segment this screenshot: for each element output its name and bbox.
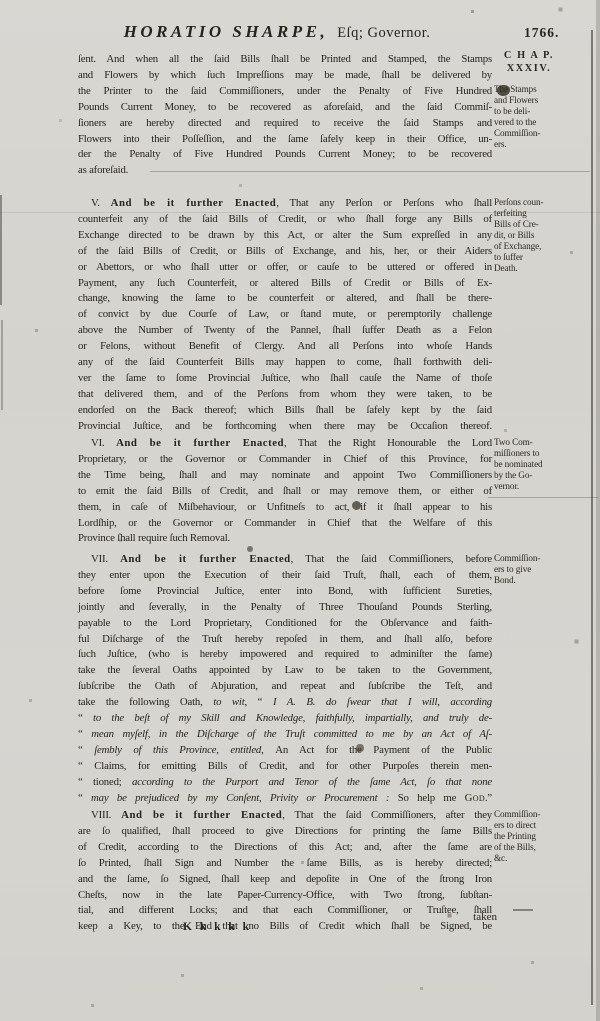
text-line: “ mean myſelf, in the Diſcharge of the T… [78,727,492,743]
text-line: Payment, any ſuch Counterfeit, or altere… [78,276,492,292]
text-line: ſent. And when all the ſaid Bills ſhall … [78,52,492,68]
note-two-commissioners: Two Com-miſſioners tobe nominatedby the … [494,437,570,492]
text-line: ſo Printed, ſhall Sign and Number the ſa… [78,856,492,872]
note-direct-printing: Commiſſion-ers to directthe Printingof t… [494,809,570,864]
section-viii-printing-directions: VIII. And be it further Enacted, That th… [78,808,492,935]
text-line: ſuch Juſtice, (who is hereby impowered a… [78,647,492,663]
scan-edge-line [591,30,593,1005]
text-line: Flowers into their Poſſeſſion, and the ſ… [78,132,492,148]
text-line: payable to the Lord Proprietary, Conditi… [78,616,492,632]
text-line: change, knowing the ſame to be counterfe… [78,291,492,307]
text-line: “ Claims, for emitting Bills of Credit, … [78,759,492,775]
document-page: HORATIO SHARPE, Eſq; Governor. 1766. K k… [0,0,600,1021]
text-line: are ſo qualified, ſhall proceed to give … [78,824,492,840]
text-line: any of the ſaid Counterfeit Bills may ha… [78,355,492,371]
governor-name: HORATIO SHARPE, [124,22,329,41]
text-line: them, in caſe of Miſbehaviour, or Unfitn… [78,500,492,516]
text-line: “ ſembly of this Province, entitled, An … [78,743,492,759]
text-line: as aforeſaid. [78,163,492,179]
text-line: V. And be it further Enacted, That any P… [78,196,492,212]
note-stamps-delivered: The Stampsand Flowersto be deli-vered to… [494,84,570,150]
text-line: “ may be prejudiced by my Conſent, Privi… [78,791,492,807]
text-line: of the ſaid Bills of Credit, or Bills of… [78,244,492,260]
text-line: VIII. And be it further Enacted, That th… [78,808,492,824]
text-line: jointly and ſeverally, in the Penalty of… [78,600,492,616]
text-line: “ tioned; according to the Purport and T… [78,775,492,791]
page-year: 1766. [524,25,559,41]
text-line: the Time being, ſhall and may nominate a… [78,468,492,484]
text-line: Lordſhip, or the Governor or Commander i… [78,516,492,532]
chapter-heading: C H A P.XXXIV. [494,50,564,75]
section-v-counterfeiting: V. And be it further Enacted, That any P… [78,196,492,435]
scan-edge-mark [1,320,3,410]
text-line: or Felons, without Benefit of Clergy. An… [78,339,492,355]
note-counterfeiters-death: Perſons coun-terfeitingBills of Cre-dit,… [494,197,570,274]
text-line: VII. And be it further Enacted, That the… [78,552,492,568]
text-line: of Credit, according to the Directions o… [78,840,492,856]
text-line: to emit the ſaid Bills of Credit, and ſh… [78,484,492,500]
text-line: keep a Key, to the End that no Bills of … [78,919,492,935]
text-line: ver the ſame to ſome Provincial Juſtice,… [78,371,492,387]
scan-speckles [0,0,1,1]
text-line: Proprietary, or the Governor or Commande… [78,452,492,468]
text-line: take the following Oath, to wit, “ I A. … [78,695,492,711]
text-line: that delivered them, and of the Perſons … [78,387,492,403]
text-line: ſioners are hereby directed and required… [78,116,492,132]
text-line: above the Number of Twenty of the Pannel… [78,323,492,339]
text-line: tial, and different Locks; and that each… [78,903,492,919]
text-line: they enter upon the Execution of their ſ… [78,568,492,584]
text-line: endorſed on the Back thereof; which Bill… [78,403,492,419]
text-line: Pounds Current Money, to be recovered as… [78,100,492,116]
scan-dash [513,909,533,911]
text-line: ful Diſcharge of the Truſt hereby repoſe… [78,632,492,648]
text-line: the Printer to the ſaid Commiſſioners, u… [78,84,492,100]
text-line: Cheſts, now in the late Paper-Currency-O… [78,888,492,904]
scan-edge-shade [596,0,600,1021]
text-line: and the ſame, ſo Signed, ſhall keep and … [78,872,492,888]
note-commissioners-bond: Commiſſion-ers to giveBond. [494,553,570,586]
scan-scratch [488,497,598,498]
text-line: “ to the beſt of my Skill and Knowledge,… [78,711,492,727]
text-line: Province ſhall require ſuch Removal. [78,531,492,547]
text-line: before ſome Provincial Juſtice, enter in… [78,584,492,600]
scan-edge-mark [0,195,2,305]
text-line: take the ſeveral Oaths appointed by Law … [78,663,492,679]
text-line: der the Penalty of Five Hundred Pounds C… [78,147,492,163]
text-line: VI. And be it further Enacted, That the … [78,436,492,452]
text-line: of convict by due Courſe of Law, or ſtan… [78,307,492,323]
text-line: Exchange directed to be drawn by this Ac… [78,228,492,244]
governor-title: Eſq; Governor. [337,25,430,41]
text-line: and Flowers by which ſuch Impreſſions ma… [78,68,492,84]
section-vii-bond-and-oath: VII. And be it further Enacted, That the… [78,552,492,807]
text-line: or Abettors, or who ſhall utter or offer… [78,260,492,276]
text-line: ſubſcribe the Oath of Abjuration, and re… [78,679,492,695]
paragraph-stamps-continuation: ſent. And when all the ſaid Bills ſhall … [78,52,492,179]
page-header: HORATIO SHARPE, Eſq; Governor. [70,22,484,42]
text-line: Provincial Juſtice, and be forthcoming w… [78,419,492,435]
text-line: counterfeit any of the ſaid Bills of Cre… [78,212,492,228]
section-vi-commissioners-nominated: VI. And be it further Enacted, That the … [78,436,492,547]
